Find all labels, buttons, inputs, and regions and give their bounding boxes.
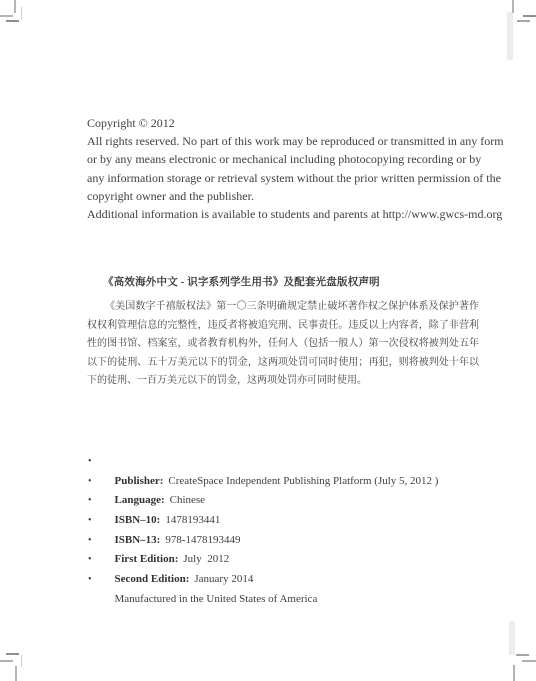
crop-mark-bottom-right <box>513 665 515 681</box>
additional-info-line: Additional information is available to s… <box>87 205 479 223</box>
detail-item-first-edition: •First Edition:July 2012 <box>87 531 479 551</box>
crop-mark-top-right <box>517 20 530 22</box>
copyright-line: Copyright © 2012 <box>87 114 479 132</box>
detail-item-isbn13: •ISBN–13:978-1478193449 <box>87 511 479 531</box>
chinese-copyright-heading: 《高效海外中文 - 识字系列学生用书》及配套光盘版权声明 <box>87 276 495 290</box>
bullet-icon: • <box>88 511 92 531</box>
detail-value: Manufactured in the United States of Ame… <box>115 593 318 605</box>
paragraph-line: 性的图书馆、档案室，或者教育机构外，任何人（包括一般人）第一次侵权将被判处五年 <box>87 335 479 354</box>
crop-mark-bottom-right <box>522 660 536 662</box>
detail-item-isbn10: •ISBN–10:1478193441 <box>87 491 479 511</box>
bullet-icon: • <box>88 472 92 492</box>
rights-paragraph-line: any information storage or retrieval sys… <box>87 169 479 187</box>
detail-item-manufactured: •Manufactured in the United States of Am… <box>87 570 479 590</box>
crop-mark-top-left <box>0 15 13 17</box>
paragraph-line: 下的徒刑、一百万美元以下的罚金，这两项处罚亦可同时使用。 <box>87 372 479 391</box>
crop-mark-bottom-left <box>21 655 22 667</box>
bullet-icon: • <box>88 491 92 511</box>
chinese-copyright-paragraph: 《美国数字千禧版权法》第一〇三条明确规定禁止破坏著作权之保护体系及保护著作 权权… <box>87 298 479 391</box>
crop-mark-bottom-right <box>516 654 529 656</box>
rights-paragraph-line: copyright owner and the publisher. <box>87 187 479 205</box>
detail-item-publisher: •Publisher:CreateSpace Independent Publi… <box>87 452 479 472</box>
bullet-icon: • <box>88 531 92 551</box>
crop-mark-bottom-left <box>6 653 19 655</box>
crop-mark-bottom-left <box>0 660 13 662</box>
paragraph-line: 以下的徒刑、五十万美元以下的罚金，这两项处罚可同时使用；再犯，则将被判处十年以 <box>87 354 479 373</box>
rights-paragraph-line: All rights reserved. No part of this wor… <box>87 132 479 150</box>
crop-mark-top-left <box>14 0 16 13</box>
detail-item-second-edition: •Second Edition:January 2014 <box>87 550 479 570</box>
crop-mark-top-right <box>512 0 514 13</box>
crop-mark-top-right <box>523 15 536 17</box>
crop-mark-top-left <box>21 7 22 20</box>
detail-item-language: •Language:Chinese <box>87 472 479 492</box>
crop-mark-top-right <box>507 12 513 60</box>
scanned-page: Copyright © 2012 All rights reserved. No… <box>0 0 536 681</box>
crop-mark-top-left <box>6 20 19 22</box>
bullet-icon: • <box>88 570 92 590</box>
publication-details-list: •Publisher:CreateSpace Independent Publi… <box>87 452 479 590</box>
english-copyright-block: Copyright © 2012 All rights reserved. No… <box>87 114 479 223</box>
crop-mark-bottom-right <box>509 621 515 655</box>
bullet-icon: • <box>88 550 92 570</box>
rights-paragraph-line: or by any means electronic or mechanical… <box>87 150 479 168</box>
paragraph-line: 《美国数字千禧版权法》第一〇三条明确规定禁止破坏著作权之保护体系及保护著作 <box>87 298 479 317</box>
paragraph-line: 权权利管理信息的完整性，违反者将被追究刑、民事责任。违反以上内容者，除了非营利 <box>87 317 479 336</box>
crop-mark-bottom-left <box>15 666 17 681</box>
bullet-icon: • <box>88 452 92 472</box>
